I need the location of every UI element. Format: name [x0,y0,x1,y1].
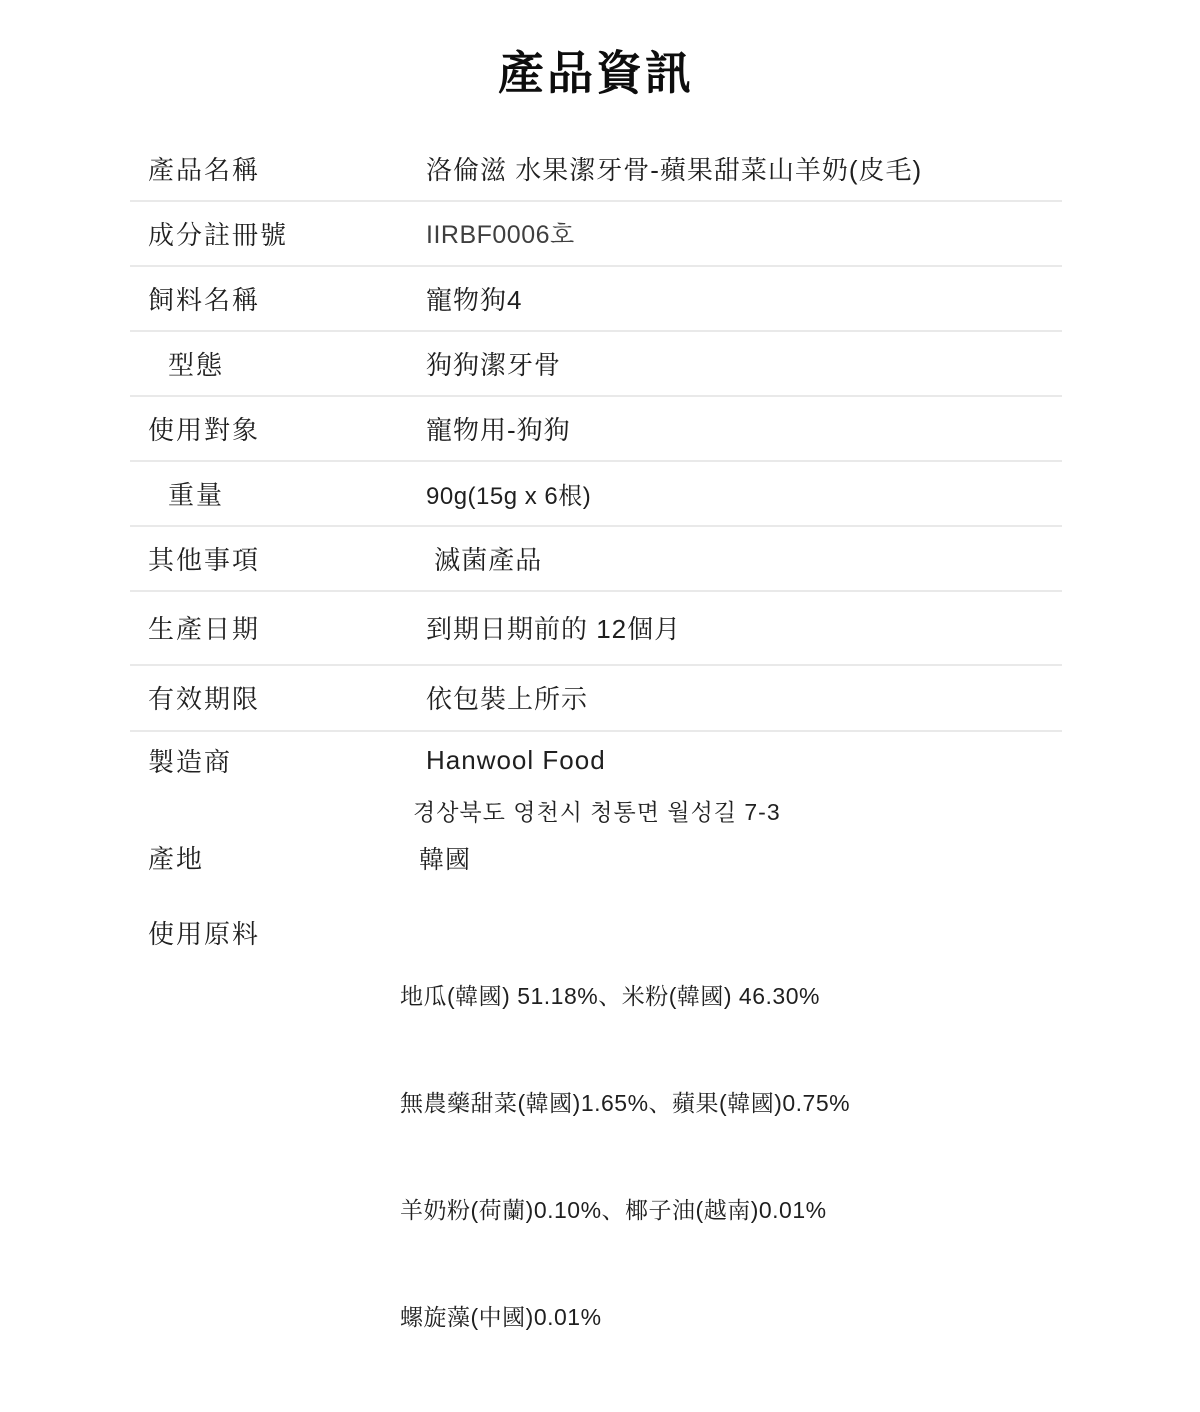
table-row-weight: 重量 90g(15g x 6根) [130,462,1062,527]
row-label: 飼料名稱 [130,280,426,317]
row-value: 狗狗潔牙骨 [426,345,1062,382]
table-row-ingredients: 使用原料 地瓜(韓國) 51.18%、米粉(韓國) 46.30% 無農藥甜菜(韓… [130,912,1062,1412]
table-row-production-date: 生產日期 到期日期前的 12個月 [130,592,1062,666]
table-row-target: 使用對象 寵物用-狗狗 [130,397,1062,462]
table-row-other-notes: 其他事項 滅菌產品 [130,527,1062,592]
row-label: 使用原料 [130,912,400,957]
row-label: 產品名稱 [130,150,426,187]
table-row-origin: 產地 韓國 [130,832,1062,884]
row-label: 產地 [130,839,419,876]
ingredient-line: 無農藥甜菜(韓國)1.65%、蘋果(韓國)0.75% [400,1081,1062,1126]
row-label: 製造商 [130,742,426,779]
row-value: 寵物用-狗狗 [426,410,1062,447]
ingredient-line: 地瓜(韓國) 51.18%、米粉(韓國) 46.30% [400,974,1062,1019]
row-value: 洛倫滋 水果潔牙骨-蘋果甜菜山羊奶(皮毛) [426,150,1062,187]
row-value: 90g(15g x 6根) [426,476,1062,511]
ingredient-line: 螺旋藻(中國)0.01% [400,1295,1062,1340]
table-row-type: 型態 狗狗潔牙骨 [130,332,1062,397]
row-label: 生產日期 [130,609,426,646]
row-label: 使用對象 [130,410,426,447]
product-info-page: 產品資訊 產品名稱 洛倫滋 水果潔牙骨-蘋果甜菜山羊奶(皮毛) 成分註冊號 II… [0,0,1200,1412]
manufacturer-address: 경상북도 영천시 청통면 월성길 7-3 [413,794,1062,827]
table-row-registration-number: 成分註冊號 IIRBF0006호 [130,202,1062,267]
ingredients-list: 地瓜(韓國) 51.18%、米粉(韓國) 46.30% 無農藥甜菜(韓國)1.6… [400,912,1062,1412]
table-row-manufacturer-address: 경상북도 영천시 청통면 월성길 7-3 [130,790,1062,832]
product-info-table: 產品名稱 洛倫滋 水果潔牙骨-蘋果甜菜山羊奶(皮毛) 成分註冊號 IIRBF00… [130,137,1062,1412]
row-label: 型態 [130,345,426,382]
row-value: 寵物狗4 [426,280,1062,317]
page-title: 產品資訊 [130,44,1062,104]
row-value: 滅菌產品 [426,540,1062,577]
table-row-expiry: 有效期限 依包裝上所示 [130,666,1062,732]
row-label: 重量 [130,475,426,512]
row-label: 其他事項 [130,540,426,577]
table-row-product-name: 產品名稱 洛倫滋 水果潔牙骨-蘋果甜菜山羊奶(皮毛) [130,137,1062,202]
ingredient-line: 羊奶粉(荷蘭)0.10%、椰子油(越南)0.01% [400,1188,1062,1233]
manufacturer-name: Hanwool Food [426,745,1062,776]
row-label: 成分註冊號 [130,215,426,252]
origin-value: 韓國 [419,840,1062,876]
row-value: 到期日期前的 12個月 [426,609,1062,646]
table-row-manufacturer: 製造商 Hanwool Food [130,732,1062,790]
row-value: IIRBF0006호 [426,215,1062,251]
row-value: 依包裝上所示 [426,679,1062,716]
table-row-feed-name: 飼料名稱 寵物狗4 [130,267,1062,332]
row-label: 有效期限 [130,679,426,716]
